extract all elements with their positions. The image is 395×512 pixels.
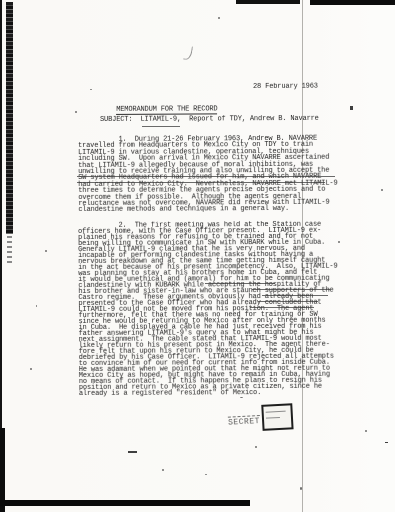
scan-speck [365, 430, 367, 432]
stamp-box-mark [266, 411, 286, 413]
left-margin-annotation [6, 2, 13, 234]
scan-speck [338, 241, 340, 243]
scan-speck [205, 474, 207, 475]
underline-mark [258, 301, 318, 302]
scan-artifact-top-bar [310, 0, 395, 5]
scan-speck [36, 305, 37, 307]
scan-speck [350, 106, 353, 110]
scan-smudge [183, 46, 193, 61]
scan-speck [381, 189, 383, 191]
scan-speck [30, 368, 32, 370]
underline-mark [250, 307, 314, 308]
underline-mark [77, 182, 325, 183]
scan-speck [218, 17, 220, 19]
scan-speck [385, 442, 388, 443]
scan-speck [300, 487, 302, 490]
scan-speck [240, 397, 243, 398]
scan-speck [162, 469, 164, 471]
memo-title-text: MEMORANDUM FOR THE RECORD [116, 107, 217, 116]
scan-artifact-bottom-bar [0, 500, 250, 506]
scan-speck [45, 250, 47, 252]
stamp-box-mark [266, 417, 280, 419]
scan-speck [90, 89, 92, 90]
scanned-memo-page: 28 February 1963 MEMORANDUM FOR THE RECO… [0, 0, 395, 512]
stamp-box [261, 403, 293, 431]
memo-paragraph-1: 1. During 21-26 February 1963, Andrew B.… [78, 136, 338, 214]
underline-mark [142, 126, 180, 127]
underline-mark [77, 176, 335, 177]
memo-date: 28 February 1963 [253, 84, 318, 91]
scan-speck [75, 111, 77, 113]
subject-line: SUBJECT: LITAMIL-9, Report of TDY, Andre… [100, 116, 319, 123]
underline-mark [262, 295, 328, 296]
secret-stamp: SECRET [227, 402, 292, 435]
left-margin-annotation-tail [7, 236, 12, 264]
secret-stamp-text: SECRET [228, 415, 260, 428]
underline-mark [252, 289, 330, 290]
scan-speck [255, 446, 257, 448]
scan-artifact-top-bar [236, 0, 300, 4]
underline-mark [205, 283, 275, 284]
memo-paragraph-2: 2. The first meeting was held at the Sta… [78, 222, 338, 397]
scan-speck [128, 451, 137, 453]
